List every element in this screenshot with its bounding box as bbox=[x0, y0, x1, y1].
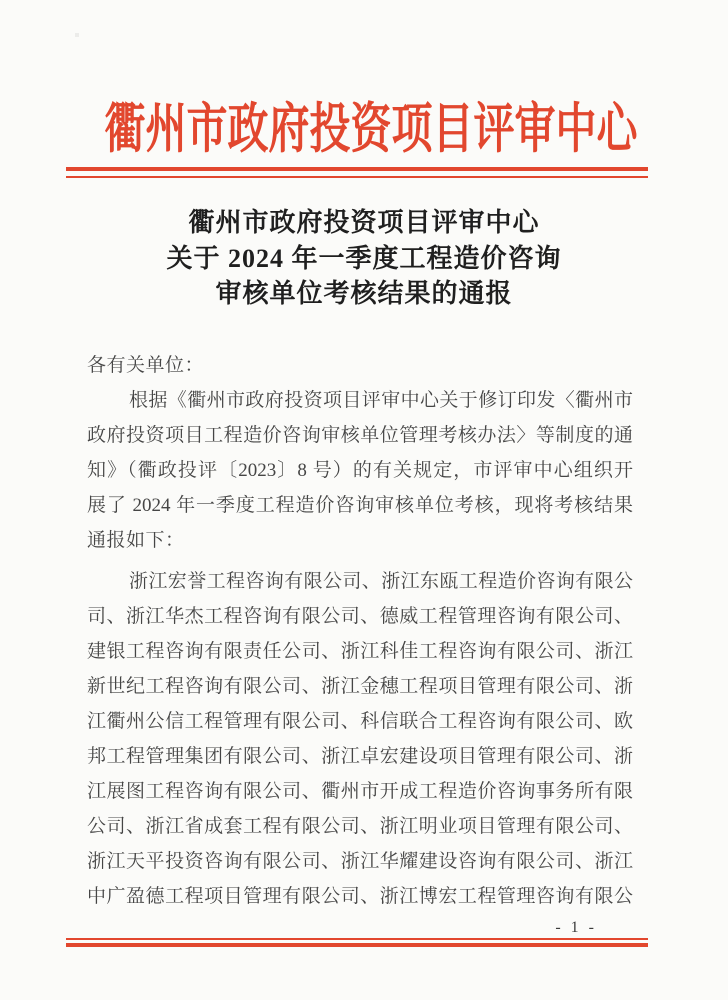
body-line: 政府投资项目工程造价咨询审核单位管理考核办法〉等制度的通 bbox=[87, 418, 633, 453]
page-number: - 1 - bbox=[555, 918, 597, 938]
body-line: 江衢州公信工程管理有限公司、科信联合工程咨询有限公司、欧 bbox=[87, 704, 633, 739]
letterhead-org-name: 衢州市政府投资项目评审中心 bbox=[0, 101, 728, 158]
document-title-line-2: 关于 2024 年一季度工程造价咨询 bbox=[0, 241, 728, 277]
body-line: 江展图工程咨询有限公司、衢州市开成工程造价咨询事务所有限 bbox=[87, 774, 633, 809]
letterhead-rule-thick bbox=[66, 167, 648, 171]
scanned-document-page: 衢州市政府投资项目评审中心 衢州市政府投资项目评审中心 关于 2024 年一季度… bbox=[0, 0, 728, 1000]
document-body: 各有关单位：根据《衢州市政府投资项目评审中心关于修订印发〈衢州市政府投资项目工程… bbox=[87, 348, 633, 914]
footer-rule-thin bbox=[66, 938, 648, 940]
body-line: 浙江天平投资咨询有限公司、浙江华耀建设咨询有限公司、浙江 bbox=[87, 844, 633, 879]
body-line: 公司、浙江省成套工程有限公司、浙江明业项目管理有限公司、 bbox=[87, 809, 633, 844]
document-title: 衢州市政府投资项目评审中心 关于 2024 年一季度工程造价咨询 审核单位考核结… bbox=[0, 205, 728, 312]
body-line: 知》（衢政投评〔2023〕8 号）的有关规定，市评审中心组织开 bbox=[87, 453, 633, 488]
body-line: 展了 2024 年一季度工程造价咨询审核单位考核，现将考核结果 bbox=[87, 488, 633, 523]
scan-speckle bbox=[75, 33, 79, 37]
body-line: 根据《衢州市政府投资项目评审中心关于修订印发〈衢州市 bbox=[87, 383, 633, 418]
body-line: 司、浙江华杰工程咨询有限公司、德威工程管理咨询有限公司、 bbox=[87, 599, 633, 634]
body-line: 浙江宏誉工程咨询有限公司、浙江东瓯工程造价咨询有限公 bbox=[87, 564, 633, 599]
body-line: 新世纪工程咨询有限公司、浙江金穗工程项目管理有限公司、浙 bbox=[87, 669, 633, 704]
document-title-line-1: 衢州市政府投资项目评审中心 bbox=[0, 205, 728, 241]
body-line: 各有关单位： bbox=[87, 348, 633, 383]
body-line: 邦工程管理集团有限公司、浙江卓宏建设项目管理有限公司、浙 bbox=[87, 739, 633, 774]
document-title-line-3: 审核单位考核结果的通报 bbox=[0, 276, 728, 312]
footer-rule-thick bbox=[66, 943, 648, 947]
body-line: 通报如下： bbox=[87, 523, 633, 558]
body-line: 中广盈德工程项目管理有限公司、浙江博宏工程管理咨询有限公 bbox=[87, 879, 633, 914]
body-line: 建银工程咨询有限责任公司、浙江科佳工程咨询有限公司、浙江 bbox=[87, 634, 633, 669]
letterhead-rule-thin bbox=[66, 176, 648, 178]
